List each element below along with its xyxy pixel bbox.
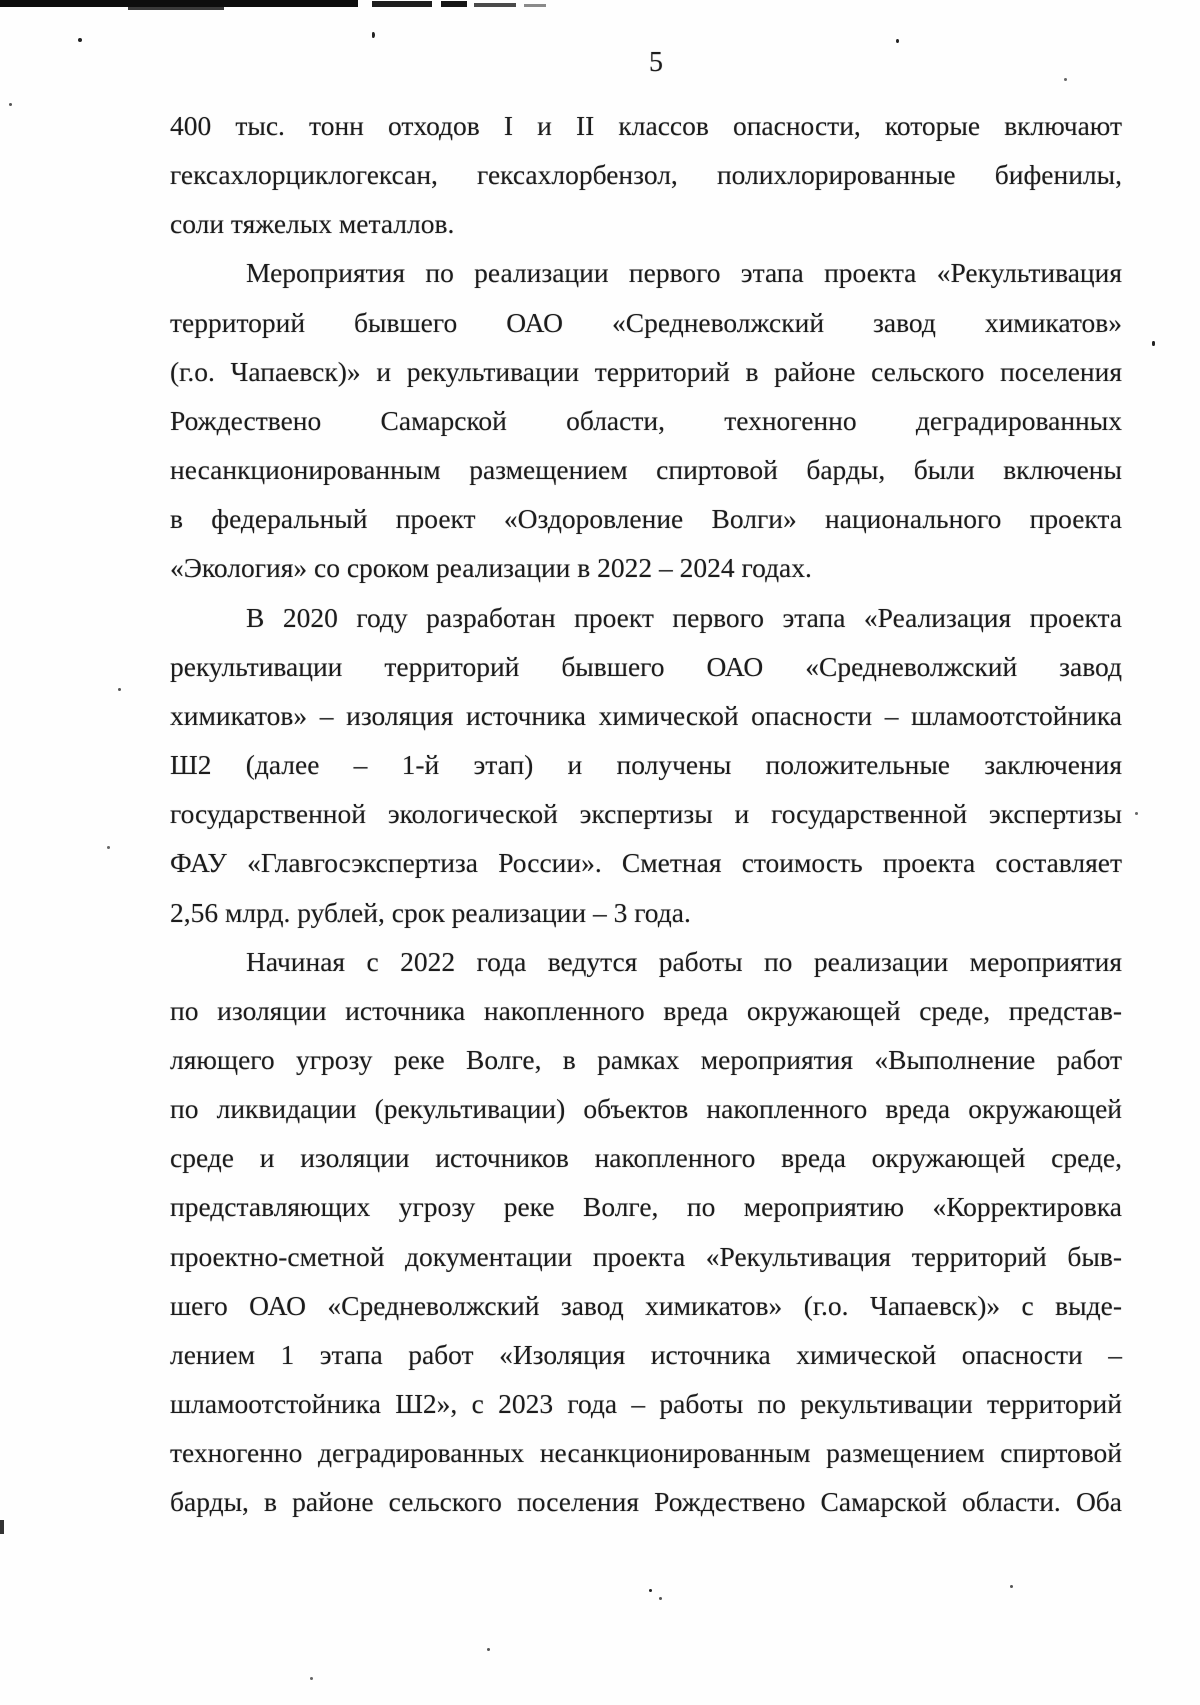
scan-speck — [0, 1520, 4, 1534]
text-line: лением 1 этапа работ «Изоляция источника… — [170, 1330, 1122, 1379]
text-line: по ликвидации (рекультивации) объектов н… — [170, 1084, 1122, 1133]
text-line: среде и изоляции источников накопленного… — [170, 1133, 1122, 1182]
text-line: шего ОАО «Средневолжский завод химикатов… — [170, 1281, 1122, 1330]
text-line: соли тяжелых металлов. — [170, 199, 1122, 248]
text-line: техногенно деградированных несанкциониро… — [170, 1428, 1122, 1477]
text-line: 2,56 млрд. рублей, срок реализации – 3 г… — [170, 888, 1122, 937]
text-line: 400 тыс. тонн отходов I и II классов опа… — [170, 101, 1122, 150]
text-line: рекультивации территорий бывшего ОАО «Ср… — [170, 642, 1122, 691]
scan-speck — [118, 688, 121, 691]
page-number: 5 — [180, 46, 1132, 80]
scan-artifact-bar — [128, 7, 224, 10]
scan-artifact-bar — [372, 1, 432, 7]
text-line: несанкционированным размещением спиртово… — [170, 445, 1122, 494]
document-body: 400 тыс. тонн отходов I и II классов опа… — [170, 101, 1122, 1527]
text-line: Рождествено Самарской области, техногенн… — [170, 396, 1122, 445]
scan-speck — [1135, 812, 1138, 815]
scan-speck — [78, 38, 82, 42]
scan-speck — [9, 103, 12, 106]
text-line: ляющего угрозу реке Волге, в рамках меро… — [170, 1035, 1122, 1084]
scan-speck — [649, 1589, 652, 1592]
scan-speck — [487, 1648, 490, 1651]
scan-speck — [1010, 1585, 1013, 1588]
text-line: шламоотстойника Ш2», с 2023 года – работ… — [170, 1379, 1122, 1428]
text-line: по изоляции источника накопленного вреда… — [170, 986, 1122, 1035]
text-line: барды, в районе сельского поселения Рожд… — [170, 1477, 1122, 1526]
scan-artifact-bar — [524, 4, 546, 7]
text-line: Ш2 (далее – 1-й этап) и получены положит… — [170, 740, 1122, 789]
scan-speck — [107, 846, 110, 849]
text-line: государственной экологической экспертизы… — [170, 789, 1122, 838]
text-line: Мероприятия по реализации первого этапа … — [170, 248, 1122, 297]
text-line: территорий бывшего ОАО «Средневолжский з… — [170, 298, 1122, 347]
text-line: «Экология» со сроком реализации в 2022 –… — [170, 543, 1122, 592]
scan-speck — [310, 1677, 313, 1680]
text-line: в федеральный проект «Оздоровление Волги… — [170, 494, 1122, 543]
text-line: проектно-сметной документации проекта «Р… — [170, 1232, 1122, 1281]
scan-artifact-bar — [474, 3, 516, 7]
scan-speck — [1152, 341, 1155, 346]
scan-speck — [659, 1597, 662, 1600]
scan-artifact-bar — [441, 1, 467, 7]
text-line: ФАУ «Главгосэкспертиза России». Сметная … — [170, 838, 1122, 887]
text-line: Начиная с 2022 года ведутся работы по ре… — [170, 937, 1122, 986]
text-line: В 2020 году разработан проект первого эт… — [170, 593, 1122, 642]
document-page: 5 400 тыс. тонн отходов I и II классов о… — [0, 0, 1200, 1705]
text-line: гексахлорциклогексан, гексахлорбензол, п… — [170, 150, 1122, 199]
text-line: (г.о. Чапаевск)» и рекультивации террито… — [170, 347, 1122, 396]
scan-speck — [896, 39, 899, 43]
text-line: представляющих угрозу реке Волге, по мер… — [170, 1182, 1122, 1231]
scan-artifact-bar — [0, 0, 358, 7]
scan-speck — [372, 32, 375, 38]
text-line: химикатов» – изоляция источника химическ… — [170, 691, 1122, 740]
